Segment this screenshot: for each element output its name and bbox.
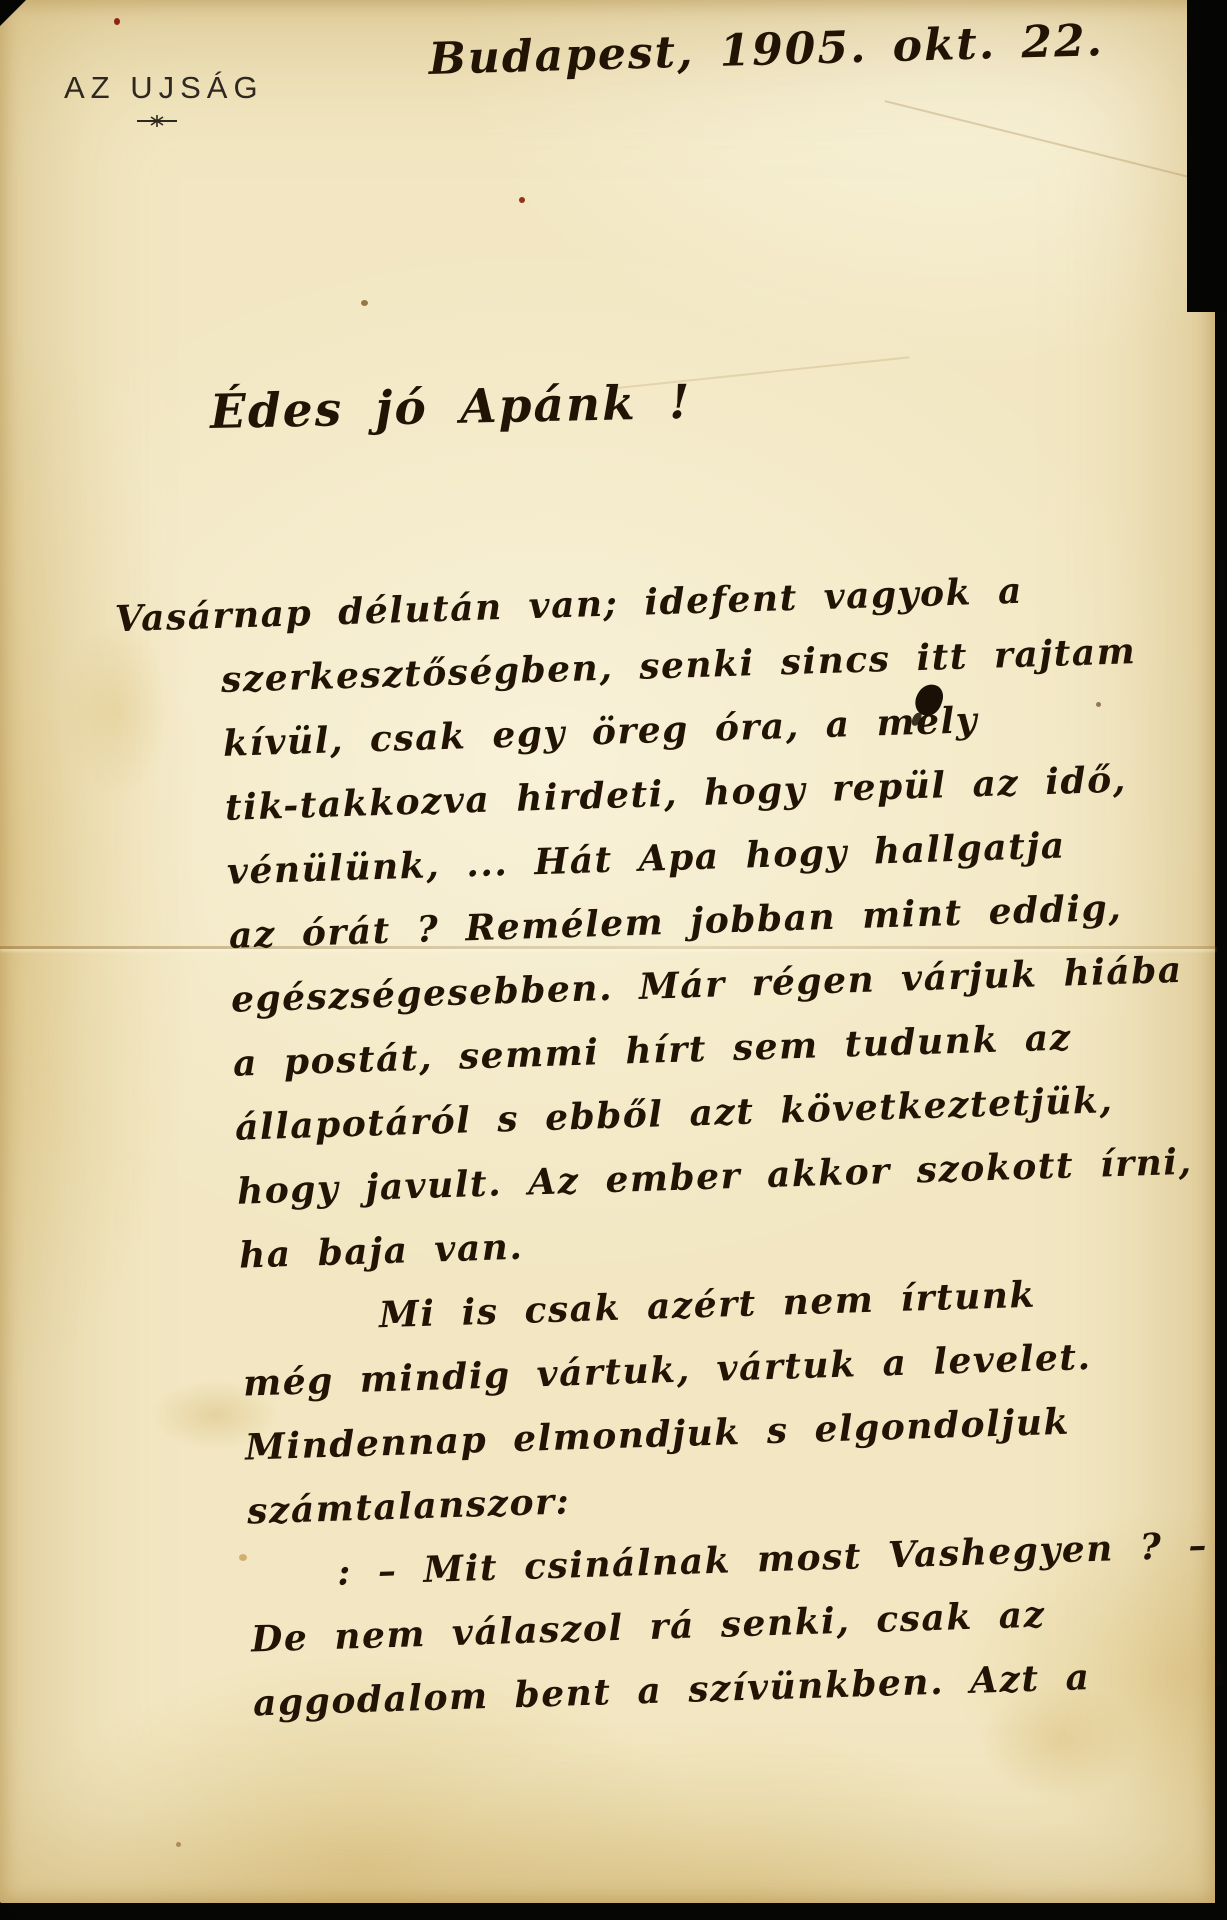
salutation: Édes jó Apánk ! [209,375,692,440]
foxing-speck [519,197,525,203]
scan-edge-corner [0,0,26,26]
letterhead-ornament-icon [136,112,178,128]
foxing-speck [361,300,368,306]
foxing-speck [114,18,120,25]
scanned-letter-page: AZ UJSÁG Budapest, 1905. okt. 22. Édes j… [0,0,1227,1920]
scan-edge-mark [1219,560,1225,600]
scan-edge-right [1187,0,1227,312]
scan-edge-corner [0,1902,18,1920]
scan-edge-mark [1215,1660,1223,1686]
letter-body: Vasárnap délután van; idefent vagyok a s… [218,554,1214,1736]
letterhead-title: AZ UJSÁG [64,70,264,106]
foxing-speck [1096,702,1101,707]
foxing-speck [239,1554,247,1561]
foxing-speck [176,1842,181,1847]
